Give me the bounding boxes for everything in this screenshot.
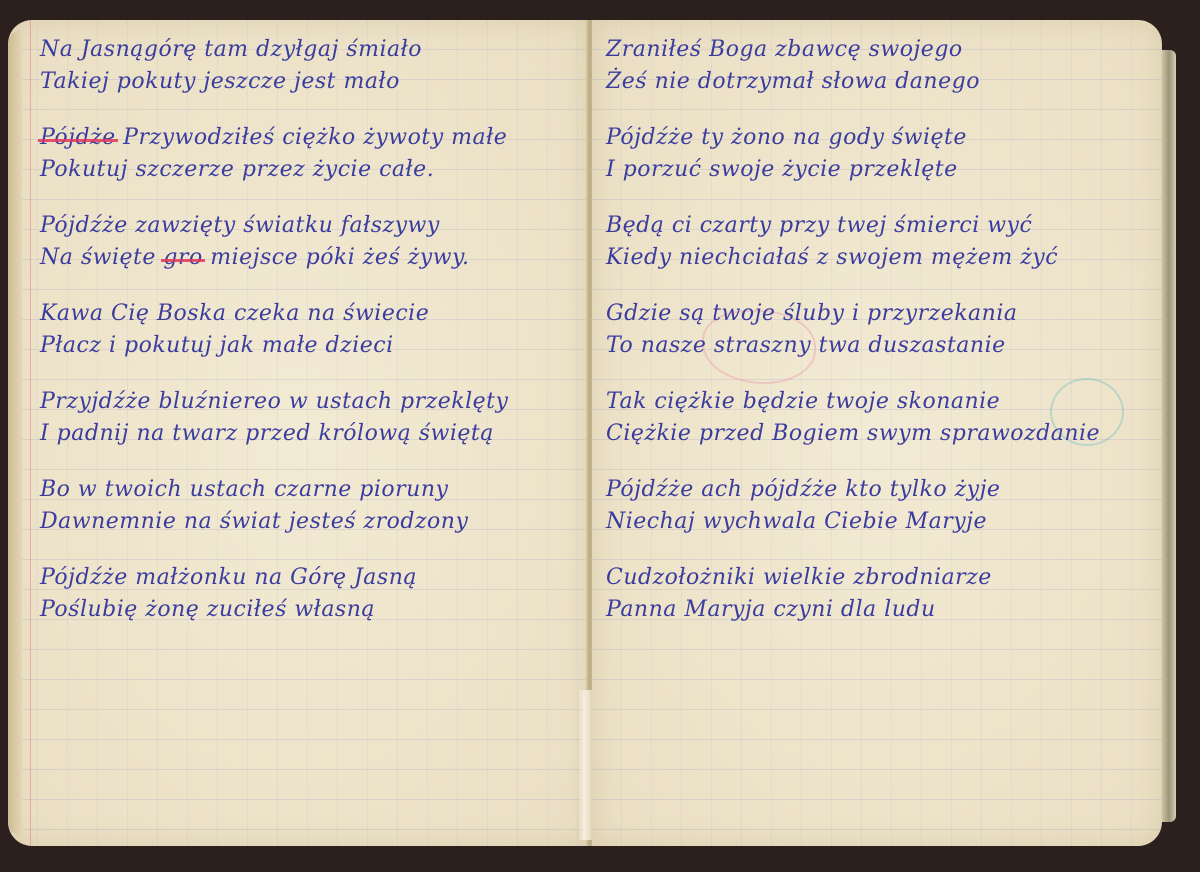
verse-line: Pójdźże ach pójdźże kto tylko żyje [606, 474, 1162, 506]
stanza: Pójdźże ach pójdźże kto tylko żyje Niech… [606, 474, 1162, 538]
verse-text: Na święte [40, 245, 163, 270]
verse-line: Cudzołożniki wielkie zbrodniarze [606, 562, 1162, 594]
left-page-text: Na Jasnągórę tam dzyłgaj śmiało Takiej p… [8, 20, 588, 650]
verse-line: I porzuć swoje życie przeklęte [606, 154, 1162, 186]
verse-text: Pokutuj szczerze [40, 157, 234, 182]
verse-line: Niechaj wychwala Ciebie Maryje [606, 506, 1162, 538]
verse-line: Pójdźże małżonku na Górę Jasną [40, 562, 588, 594]
verse-line: Gdzie są twoje śluby i przyrzekania [606, 298, 1162, 330]
verse-line: Pójdźże ty żono na gody święte [606, 122, 1162, 154]
stanza: Gdzie są twoje śluby i przyrzekania To n… [606, 298, 1162, 362]
verse-text: przez życie całe. [234, 157, 434, 182]
verse-line: Dawnemnie na świat jesteś zrodzony [40, 506, 588, 538]
verse-line: Żeś nie dotrzymał słowa danego [606, 66, 1162, 98]
verse-line: Panna Maryja czyni dla ludu [606, 594, 1162, 626]
verse-line: I padnij na twarz przed królową świętą [40, 418, 588, 450]
notebook-photo: Na Jasnągórę tam dzyłgaj śmiało Takiej p… [0, 0, 1200, 872]
stanza: Na Jasnągórę tam dzyłgaj śmiało Takiej p… [40, 34, 588, 98]
verse-line: Tak ciężkie będzie twoje skonanie [606, 386, 1162, 418]
verse-line: Będą ci czarty przy twej śmierci wyć [606, 210, 1162, 242]
verse-line: Kawa Cię Boska czeka na świecie [40, 298, 588, 330]
verse-line: Pokutuj szczerze przez życie całe. [40, 154, 588, 186]
verse-line: Na święte gro miejsce póki żeś żywy. [40, 242, 588, 274]
struck-word: Pójdże [40, 125, 116, 150]
verse-line: Na Jasnągórę tam dzyłgaj śmiało [40, 34, 588, 66]
right-page-text: Zraniłeś Boga zbawcę swojego Żeś nie dot… [592, 20, 1162, 650]
stanza: Pójdźże ty żono na gody święte I porzuć … [606, 122, 1162, 186]
verse-line: Ciężkie przed Bogiem swym sprawozdanie [606, 418, 1162, 450]
verse-line: Pójdźże zawzięty światku fałszywy [40, 210, 588, 242]
verse-text: Przywodziłeś ciężko żywoty małe [123, 125, 507, 150]
stanza: Bo w twoich ustach czarne pioruny Dawnem… [40, 474, 588, 538]
stanza: Kawa Cię Boska czeka na świecie Płacz i … [40, 298, 588, 362]
stanza: Zraniłeś Boga zbawcę swojego Żeś nie dot… [606, 34, 1162, 98]
verse-line: Bo w twoich ustach czarne pioruny [40, 474, 588, 506]
verse-line: Płacz i pokutuj jak małe dzieci [40, 330, 588, 362]
left-page: Na Jasnągórę tam dzyłgaj śmiało Takiej p… [8, 20, 588, 846]
stanza: Pójdże Przywodziłeś ciężko żywoty małe P… [40, 122, 588, 186]
verse-line: Poślubię żonę zuciłeś własną [40, 594, 588, 626]
verse-line: Przyjdźże bluźniereo w ustach przeklęty [40, 386, 588, 418]
stanza: Cudzołożniki wielkie zbrodniarze Panna M… [606, 562, 1162, 626]
verse-line: To nasze straszny twa duszastanie [606, 330, 1162, 362]
stanza: Przyjdźże bluźniereo w ustach przeklęty … [40, 386, 588, 450]
stanza: Będą ci czarty przy twej śmierci wyć Kie… [606, 210, 1162, 274]
struck-word: gro [163, 245, 202, 270]
verse-text: miejsce póki żeś żywy. [203, 245, 470, 270]
verse-line: Takiej pokuty jeszcze jest mało [40, 66, 588, 98]
stanza: Tak ciężkie będzie twoje skonanie Ciężki… [606, 386, 1162, 450]
verse-line: Pójdże Przywodziłeś ciężko żywoty małe [40, 122, 588, 154]
stanza: Pójdźże małżonku na Górę Jasną Poślubię … [40, 562, 588, 626]
verse-line: Kiedy niechciałaś z swojem mężem żyć [606, 242, 1162, 274]
stanza: Pójdźże zawzięty światku fałszywy Na świ… [40, 210, 588, 274]
verse-line: Zraniłeś Boga zbawcę swojego [606, 34, 1162, 66]
right-page: Zraniłeś Boga zbawcę swojego Żeś nie dot… [592, 20, 1162, 846]
